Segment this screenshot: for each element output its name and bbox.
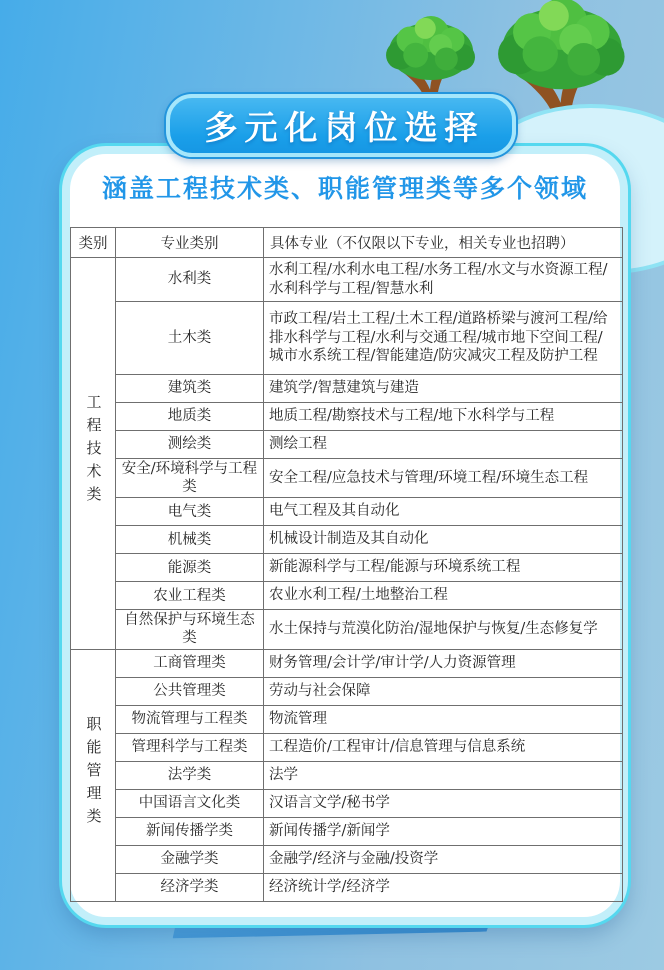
major-cell: 公共管理类 [116,677,264,705]
table-row: 经济学类 经济统计学/经济学 [71,873,623,901]
table-row: 自然保护与环境生态类 水土保持与荒漠化防治/湿地保护与恢复/生态修复学 [71,610,623,649]
table-row: 法学类 法学 [71,761,623,789]
major-cell: 新闻传播学类 [116,817,264,845]
detail-cell: 物流管理 [264,705,623,733]
major-cell: 安全/环境科学与工程类 [116,459,264,498]
page-subtitle: 涵盖工程技术类、职能管理类等多个领域 [70,171,620,207]
detail-cell: 财务管理/会计学/审计学/人力资源管理 [264,649,623,677]
table-row: 职能管理类 工商管理类 财务管理/会计学/审计学/人力资源管理 [71,649,623,677]
table-row: 电气类 电气工程及其自动化 [71,498,623,526]
major-cell: 能源类 [116,554,264,582]
page-title: 多元化岗位选择 [198,102,485,149]
major-cell: 地质类 [116,403,264,431]
major-cell: 法学类 [116,761,264,789]
table-row: 土木类 市政工程/岩土工程/土木工程/道路桥梁与渡河工程/给排水科学与工程/水利… [71,302,623,375]
major-cell: 测绘类 [116,431,264,459]
jobs-table: 类别 专业类别 具体专业（不仅限以下专业，相关专业也招聘） 工程技术类 水利类 … [70,227,623,902]
table-row: 能源类 新能源科学与工程/能源与环境系统工程 [71,554,623,582]
table-row: 安全/环境科学与工程类 安全工程/应急技术与管理/环境工程/环境生态工程 [71,459,623,498]
detail-cell: 电气工程及其自动化 [264,498,623,526]
table-row: 公共管理类 劳动与社会保障 [71,677,623,705]
category-label: 工程技术类 [86,394,101,509]
detail-cell: 建筑学/智慧建筑与建造 [264,375,623,403]
category-cell: 工程技术类 [71,258,116,650]
table-row: 工程技术类 水利类 水利工程/水利水电工程/水务工程/水文与水资源工程/水利科学… [71,258,623,302]
table-row: 中国语言文化类 汉语言文学/秘书学 [71,789,623,817]
detail-cell: 地质工程/勘察技术与工程/地下水科学与工程 [264,403,623,431]
table-row: 物流管理与工程类 物流管理 [71,705,623,733]
detail-cell: 经济统计学/经济学 [264,873,623,901]
major-cell: 自然保护与环境生态类 [116,610,264,649]
major-cell: 机械类 [116,526,264,554]
table-row: 机械类 机械设计制造及其自动化 [71,526,623,554]
detail-cell: 安全工程/应急技术与管理/环境工程/环境生态工程 [264,459,623,498]
major-cell: 经济学类 [116,873,264,901]
poster: 涵盖工程技术类、职能管理类等多个领域 类别 专业类别 具体专业（不仅限以下专业，… [0,0,664,970]
major-cell: 土木类 [116,302,264,375]
category-cell: 职能管理类 [71,649,116,901]
major-cell: 农业工程类 [116,582,264,610]
detail-cell: 市政工程/岩土工程/土木工程/道路桥梁与渡河工程/给排水科学与工程/水利与交通工… [264,302,623,375]
detail-cell: 汉语言文学/秘书学 [264,789,623,817]
header-category: 类别 [71,228,116,258]
major-cell: 工商管理类 [116,649,264,677]
title-banner: 多元化岗位选择 [166,94,516,157]
header-major: 专业类别 [116,228,264,258]
major-cell: 金融学类 [116,845,264,873]
major-cell: 电气类 [116,498,264,526]
table-row: 管理科学与工程类 工程造价/工程审计/信息管理与信息系统 [71,733,623,761]
detail-cell: 劳动与社会保障 [264,677,623,705]
table-row: 地质类 地质工程/勘察技术与工程/地下水科学与工程 [71,403,623,431]
major-cell: 水利类 [116,258,264,302]
detail-cell: 工程造价/工程审计/信息管理与信息系统 [264,733,623,761]
detail-cell: 测绘工程 [264,431,623,459]
detail-cell: 新闻传播学/新闻学 [264,817,623,845]
major-cell: 管理科学与工程类 [116,733,264,761]
detail-cell: 水土保持与荒漠化防治/湿地保护与恢复/生态修复学 [264,610,623,649]
table-row: 测绘类 测绘工程 [71,431,623,459]
table-header-row: 类别 专业类别 具体专业（不仅限以下专业，相关专业也招聘） [71,228,623,258]
detail-cell: 机械设计制造及其自动化 [264,526,623,554]
header-detail: 具体专业（不仅限以下专业，相关专业也招聘） [264,228,623,258]
major-cell: 物流管理与工程类 [116,705,264,733]
detail-cell: 金融学/经济与金融/投资学 [264,845,623,873]
table-row: 金融学类 金融学/经济与金融/投资学 [71,845,623,873]
table-row: 农业工程类 农业水利工程/土地整治工程 [71,582,623,610]
content-card: 涵盖工程技术类、职能管理类等多个领域 类别 专业类别 具体专业（不仅限以下专业，… [62,146,628,925]
major-cell: 中国语言文化类 [116,789,264,817]
category-label: 职能管理类 [86,716,101,831]
detail-cell: 水利工程/水利水电工程/水务工程/水文与水资源工程/水利科学与工程/智慧水利 [264,258,623,302]
major-cell: 建筑类 [116,375,264,403]
detail-cell: 农业水利工程/土地整治工程 [264,582,623,610]
table-row: 新闻传播学类 新闻传播学/新闻学 [71,817,623,845]
table-row: 建筑类 建筑学/智慧建筑与建造 [71,375,623,403]
detail-cell: 法学 [264,761,623,789]
detail-cell: 新能源科学与工程/能源与环境系统工程 [264,554,623,582]
